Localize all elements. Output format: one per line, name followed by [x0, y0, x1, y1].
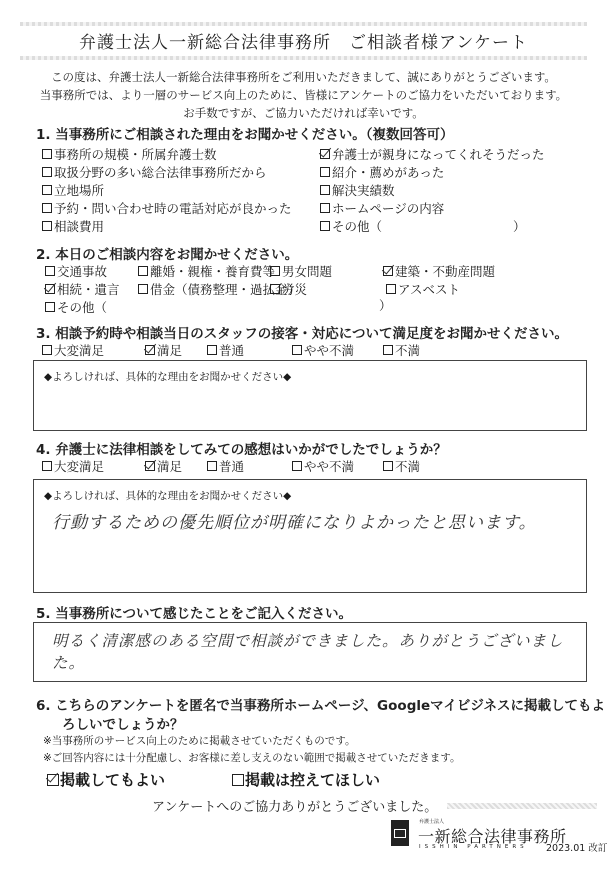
checkbox-checked-icon[interactable] — [320, 149, 330, 159]
intro-line-3: お手数ですが、ご協力いただければ幸いです。 — [0, 104, 607, 122]
firm-logo-icon — [391, 820, 409, 846]
question-6-title-line-1: 6. こちらのアンケートを匿名で当事務所ホームページ、Googleマイビジネスに… — [36, 694, 605, 714]
checkbox-icon[interactable] — [42, 345, 52, 355]
q4-option-normal[interactable]: 普通 — [207, 457, 244, 475]
q3-option-satisfied[interactable]: 満足 — [145, 341, 182, 359]
checkbox-icon[interactable] — [42, 203, 52, 213]
q1-option-general-firm[interactable]: 取扱分野の多い総合法律事務所だから — [42, 163, 267, 181]
thanks-decoration — [447, 803, 597, 809]
checkbox-icon[interactable] — [42, 167, 52, 177]
checkbox-icon[interactable] — [232, 774, 244, 786]
q1-option-other[interactable]: その他（ — [320, 217, 382, 235]
checkbox-icon[interactable] — [383, 461, 393, 471]
checkbox-icon[interactable] — [292, 461, 302, 471]
question-3-title: 3. 相談予約時や相談当日のスタッフの接客・対応について満足度をお聞かせください… — [36, 322, 568, 342]
page-title: 弁護士法人一新総合法律事務所 ご相談者様アンケート — [0, 28, 607, 53]
checkbox-checked-icon[interactable] — [47, 774, 59, 786]
q4-option-dissatisfied[interactable]: 不満 — [383, 457, 420, 475]
checkbox-checked-icon[interactable] — [145, 461, 155, 471]
thanks-message: アンケートへのご協力ありがとうございました。 — [152, 796, 437, 815]
checkbox-icon[interactable] — [42, 461, 52, 471]
q1-option-homepage[interactable]: ホームページの内容 — [320, 199, 444, 217]
q2-option-inheritance[interactable]: 相続・遺言 — [45, 280, 120, 298]
checkbox-checked-icon[interactable] — [145, 345, 155, 355]
checkbox-icon[interactable] — [138, 284, 148, 294]
q4-comment-hint: ◆よろしければ、具体的な理由をお聞かせください◆ — [44, 488, 291, 503]
q1-option-fee[interactable]: 相談費用 — [42, 217, 104, 235]
checkbox-icon[interactable] — [320, 185, 330, 195]
title-decoration-top — [20, 22, 587, 26]
q6-option-decline[interactable]: 掲載は控えてほしい — [232, 769, 380, 790]
checkbox-icon[interactable] — [386, 284, 396, 294]
q3-option-dissatisfied[interactable]: 不満 — [383, 341, 420, 359]
q3-comment-hint: ◆よろしければ、具体的な理由をお聞かせください◆ — [44, 369, 291, 384]
checkbox-icon[interactable] — [270, 284, 280, 294]
q3-option-normal[interactable]: 普通 — [207, 341, 244, 359]
q4-option-somewhat-dissatisfied[interactable]: やや不満 — [292, 457, 354, 475]
question-4-title: 4. 弁護士に法律相談をしてみての感想はいかがでしたでしょうか？ — [36, 438, 447, 458]
checkbox-icon[interactable] — [270, 266, 280, 276]
question-2-title: 2. 本日のご相談内容をお聞かせください。 — [36, 243, 298, 263]
q2-option-divorce[interactable]: 離婚・親権・養育費等 — [138, 262, 275, 280]
q1-option-phone[interactable]: 予約・問い合わせ時の電話対応が良かった — [42, 199, 292, 217]
intro-line-2: 当事務所では、より一層のサービス向上のために、皆様にアンケートのご協力をいただい… — [0, 86, 607, 104]
q6-option-allow[interactable]: 掲載してもよい — [47, 769, 165, 790]
q4-comment-answer: 行動するための優先順位が明確になりよかったと思います。 — [52, 508, 537, 533]
checkbox-icon[interactable] — [207, 461, 217, 471]
question-1-title: 1. 当事務所にご相談された理由をお聞かせください。（複数回答可） — [36, 123, 453, 143]
q1-option-location[interactable]: 立地場所 — [42, 181, 104, 199]
q5-comment-answer: 明るく清潔感のある空間で相談ができました。ありがとうございました。 — [52, 629, 586, 673]
checkbox-icon[interactable] — [292, 345, 302, 355]
q2-option-relationship[interactable]: 男女問題 — [270, 262, 332, 280]
q3-option-very-satisfied[interactable]: 大変満足 — [42, 341, 104, 359]
q3-option-somewhat-dissatisfied[interactable]: やや不満 — [292, 341, 354, 359]
q1-option-referral[interactable]: 紹介・薦めがあった — [320, 163, 444, 181]
checkbox-icon[interactable] — [42, 221, 52, 231]
checkbox-checked-icon[interactable] — [45, 284, 55, 294]
q5-comment-box[interactable]: 明るく清潔感のある空間で相談ができました。ありがとうございました。 — [33, 622, 587, 682]
logo-english-name: ISSHIN PARTNERS — [419, 844, 528, 850]
intro-line-1: この度は、弁護士法人一新総合法律事務所をご利用いただきまして、誠にありがとうござ… — [0, 68, 607, 86]
q6-note-1: ※当事務所のサービス向上のために掲載させていただくものです。 — [43, 733, 355, 748]
q3-comment-box[interactable]: ◆よろしければ、具体的な理由をお聞かせください◆ — [33, 360, 587, 431]
checkbox-icon[interactable] — [45, 302, 55, 312]
checkbox-icon[interactable] — [320, 203, 330, 213]
revision-date: 2023.01 改訂 — [546, 840, 607, 854]
checkbox-icon[interactable] — [207, 345, 217, 355]
q4-comment-box[interactable]: ◆よろしければ、具体的な理由をお聞かせください◆ 行動するための優先順位が明確に… — [33, 479, 587, 593]
q1-other-close: ） — [513, 217, 526, 235]
question-6-title-line-2: ろしいでしょうか？ — [62, 713, 184, 733]
q2-other-close: ） — [379, 296, 392, 314]
checkbox-icon[interactable] — [42, 185, 52, 195]
q6-note-2: ※ご回答内容には十分配慮し、お客様に差し支えのない範囲で掲載させていただきます。 — [43, 750, 460, 765]
checkbox-icon[interactable] — [42, 149, 52, 159]
q2-option-construction[interactable]: 建築・不動産問題 — [383, 262, 495, 280]
q2-option-asbestos[interactable]: アスベスト — [386, 280, 460, 298]
q1-option-scale[interactable]: 事務所の規模・所属弁護士数 — [42, 145, 217, 163]
checkbox-icon[interactable] — [320, 221, 330, 231]
q2-option-labor-accident[interactable]: 労災 — [270, 280, 307, 298]
checkbox-icon[interactable] — [138, 266, 148, 276]
q4-option-satisfied[interactable]: 満足 — [145, 457, 182, 475]
question-5-title: 5. 当事務所について感じたことをご記入ください。 — [36, 602, 352, 622]
q1-option-record[interactable]: 解決実績数 — [320, 181, 395, 199]
checkbox-icon[interactable] — [45, 266, 55, 276]
checkbox-icon[interactable] — [383, 345, 393, 355]
q1-option-caring[interactable]: 弁護士が親身になってくれそうだった — [320, 145, 545, 163]
checkbox-icon[interactable] — [320, 167, 330, 177]
q2-option-other[interactable]: その他（ — [45, 298, 107, 316]
q2-option-traffic[interactable]: 交通事故 — [45, 262, 107, 280]
q4-option-very-satisfied[interactable]: 大変満足 — [42, 457, 104, 475]
title-decoration-bottom — [20, 56, 587, 60]
checkbox-checked-icon[interactable] — [383, 266, 393, 276]
